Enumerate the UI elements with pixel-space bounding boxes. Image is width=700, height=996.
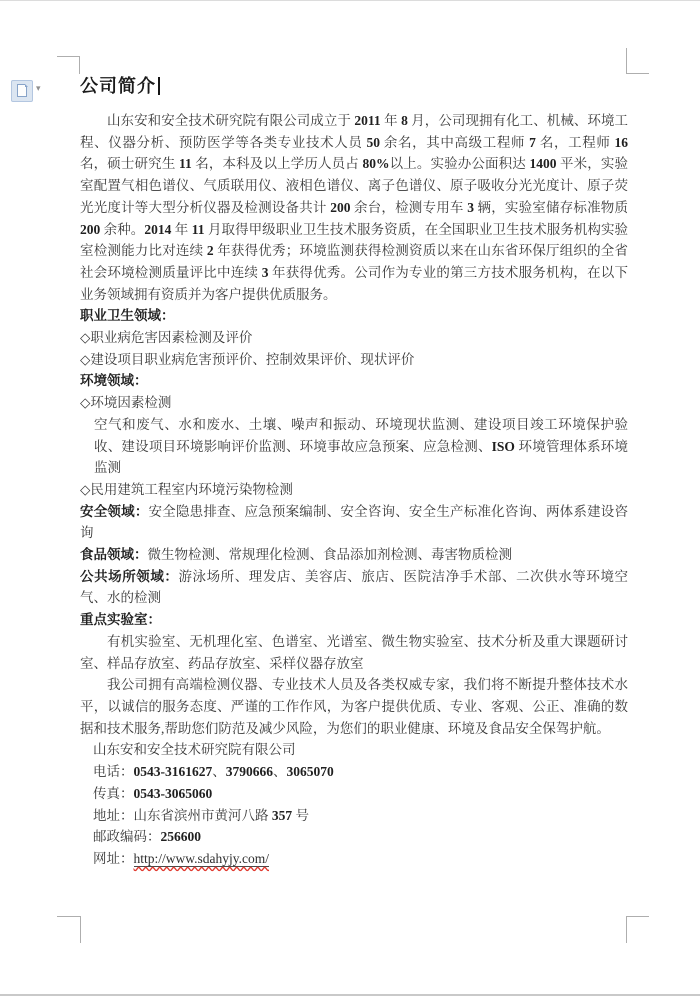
bold-run: 3065070 — [287, 764, 334, 779]
bold-run: 357 — [272, 808, 292, 823]
bold-run: 50 — [366, 135, 380, 150]
text-boundary-mark-top-right — [626, 48, 649, 74]
intro-paragraph: 山东安和安全技术研究院有限公司成立于 2011 年 8 月，公司现拥有化工、机械… — [80, 110, 628, 305]
text-run: ◇建设项目职业病危害预评价、控制效果评价、现状评价 — [80, 352, 414, 367]
text-run: 、 — [212, 764, 226, 779]
page-fold-icon — [25, 84, 28, 87]
bold-run: 1400 — [529, 156, 556, 171]
text-run: 地址：山东省滨州市黄河八路 — [93, 808, 272, 823]
bold-run: 8 — [401, 113, 408, 128]
text-run: 余名，其中高级工程师 — [380, 135, 529, 150]
document-page[interactable]: 公司简介 山东安和安全技术研究院有限公司成立于 2011 年 8 月，公司现拥有… — [80, 74, 628, 870]
text-run: 余台，检测专用车 — [350, 200, 467, 215]
text-run: 安全隐患排查、应急预案编制、安全咨询、安全生产标准化咨询、两体系建设咨询 — [80, 504, 628, 541]
bold-run: 0543-3065060 — [134, 786, 213, 801]
bold-run: 2011 — [354, 113, 380, 128]
text-run: ◇职业病危害因素检测及评价 — [80, 330, 252, 345]
bold-run: 0543-3161627 — [134, 764, 213, 779]
bullet-construction-project-evaluation: ◇建设项目职业病危害预评价、控制效果评价、现状评价 — [80, 349, 628, 371]
bullet-occupational-disease-detection: ◇职业病危害因素检测及评价 — [80, 327, 628, 349]
public-places-domain-paragraph: 公共场所领域：游泳场所、理发店、美容店、旅店、医院洁净手术部、二次供水等环境空气… — [80, 566, 628, 609]
closing-paragraph: 我公司拥有高端检测仪器、专业技术人员及各类权威专家，我们将不断提升整体技术水平，… — [80, 674, 628, 739]
paste-options-button[interactable] — [11, 80, 33, 102]
contact-address: 地址：山东省滨州市黄河八路 357 号 — [93, 805, 628, 827]
text-run: 传真： — [93, 786, 134, 801]
spellcheck-underline: http://www.sdahyjy.com/ — [134, 851, 270, 866]
text-run: 名，工程师 — [536, 135, 615, 150]
bold-run: 11 — [179, 156, 192, 171]
page-title: 公司简介 — [80, 74, 628, 98]
website-hyperlink[interactable]: http://www.sdahyjy.com/ — [134, 851, 270, 867]
text-run: 年 — [171, 222, 191, 237]
text-run: 辆，实验室储存标准物质 — [474, 200, 628, 215]
text-run: 有机实验室、无机理化室、色谱室、光谱室、微生物实验室、技术分析及重大课题研讨室、… — [80, 634, 628, 671]
bold-run: 重点实验室： — [80, 612, 161, 627]
bold-run: 80% — [362, 156, 389, 171]
text-run: 名，本科及以上学历人员占 — [192, 156, 363, 171]
text-run: ◇环境因素检测 — [80, 395, 171, 410]
page-title-text: 公司简介 — [80, 76, 156, 96]
text-run: 山东安和安全技术研究院有限公司 — [93, 742, 296, 757]
bold-run: 职业卫生领域： — [80, 308, 175, 323]
text-run: 以上。实验办公面积达 — [389, 156, 529, 171]
text-run: 电话： — [93, 764, 134, 779]
safety-domain-paragraph: 安全领域：安全隐患排查、应急预案编制、安全咨询、安全生产标准化咨询、两体系建设咨… — [80, 501, 628, 544]
text-boundary-mark-top-left — [57, 56, 80, 74]
environment-detection-items: 空气和废气、水和废水、土壤、噪声和振动、环境现状监测、建设项目竣工环境保护验收、… — [94, 414, 628, 479]
text-run: 山东安和安全技术研究院有限公司成立于 — [107, 113, 354, 128]
contact-phone: 电话：0543-3161627、3790666、3065070 — [93, 761, 628, 783]
heading-occupational-health-domain: 职业卫生领域： — [80, 305, 628, 327]
text-cursor — [158, 77, 160, 95]
bold-run: 环境领域： — [80, 373, 148, 388]
document-body: 山东安和安全技术研究院有限公司成立于 2011 年 8 月，公司现拥有化工、机械… — [80, 110, 628, 870]
text-run: 余种。 — [100, 222, 144, 237]
bold-run: 3 — [467, 200, 474, 215]
heading-key-laboratories: 重点实验室： — [80, 609, 628, 631]
bold-run: 7 — [529, 135, 536, 150]
bold-run: 公共场所领域： — [80, 569, 178, 584]
bold-run: 2 — [207, 243, 214, 258]
bold-run: ISO — [492, 439, 515, 454]
text-boundary-mark-bottom-left — [57, 916, 81, 943]
bold-run: 16 — [615, 135, 629, 150]
bold-run: 256600 — [161, 829, 202, 844]
contact-website: 网址：http://www.sdahyjy.com/ — [93, 848, 628, 870]
bullet-civil-building-indoor-detection: ◇民用建筑工程室内环境污染物检测 — [80, 479, 628, 501]
contact-company-name: 山东安和安全技术研究院有限公司 — [93, 739, 628, 761]
key-laboratories-paragraph: 有机实验室、无机理化室、色谱室、光谱室、微生物实验室、技术分析及重大课题研讨室、… — [80, 631, 628, 674]
word-document-view: { "colors": { "spellcheck_squiggle": "#e… — [0, 0, 700, 996]
bold-run: 2014 — [144, 222, 171, 237]
page-top-edge — [0, 0, 700, 1]
contact-fax: 传真：0543-3065060 — [93, 783, 628, 805]
food-domain-paragraph: 食品领域：微生物检测、常规理化检测、食品添加剂检测、毒害物质检测 — [80, 544, 628, 566]
contact-postcode: 邮政编码：256600 — [93, 826, 628, 848]
chevron-down-icon[interactable]: ▾ — [36, 84, 41, 94]
text-run: 微生物检测、常规理化检测、食品添加剂检测、毒害物质检测 — [148, 547, 513, 562]
bold-run: 食品领域： — [80, 547, 148, 562]
bullet-environmental-factor-detection: ◇环境因素检测 — [80, 392, 628, 414]
bold-run: 11 — [192, 222, 205, 237]
bold-run: 200 — [330, 200, 350, 215]
text-run: 、 — [273, 764, 287, 779]
heading-environment-domain: 环境领域： — [80, 370, 628, 392]
text-run: 号 — [292, 808, 309, 823]
text-run: 年 — [381, 113, 401, 128]
bold-run: 3790666 — [226, 764, 273, 779]
text-run: 我公司拥有高端检测仪器、专业技术人员及各类权威专家，我们将不断提升整体技术水平，… — [80, 677, 628, 735]
text-run: 邮政编码： — [93, 829, 161, 844]
text-run: 名，硕士研究生 — [80, 156, 179, 171]
text-boundary-mark-bottom-right — [626, 916, 649, 943]
bold-run: 安全领域： — [80, 504, 149, 519]
text-run: ◇民用建筑工程室内环境污染物检测 — [80, 482, 293, 497]
text-run: 网址： — [93, 851, 134, 866]
bold-run: 200 — [80, 222, 100, 237]
